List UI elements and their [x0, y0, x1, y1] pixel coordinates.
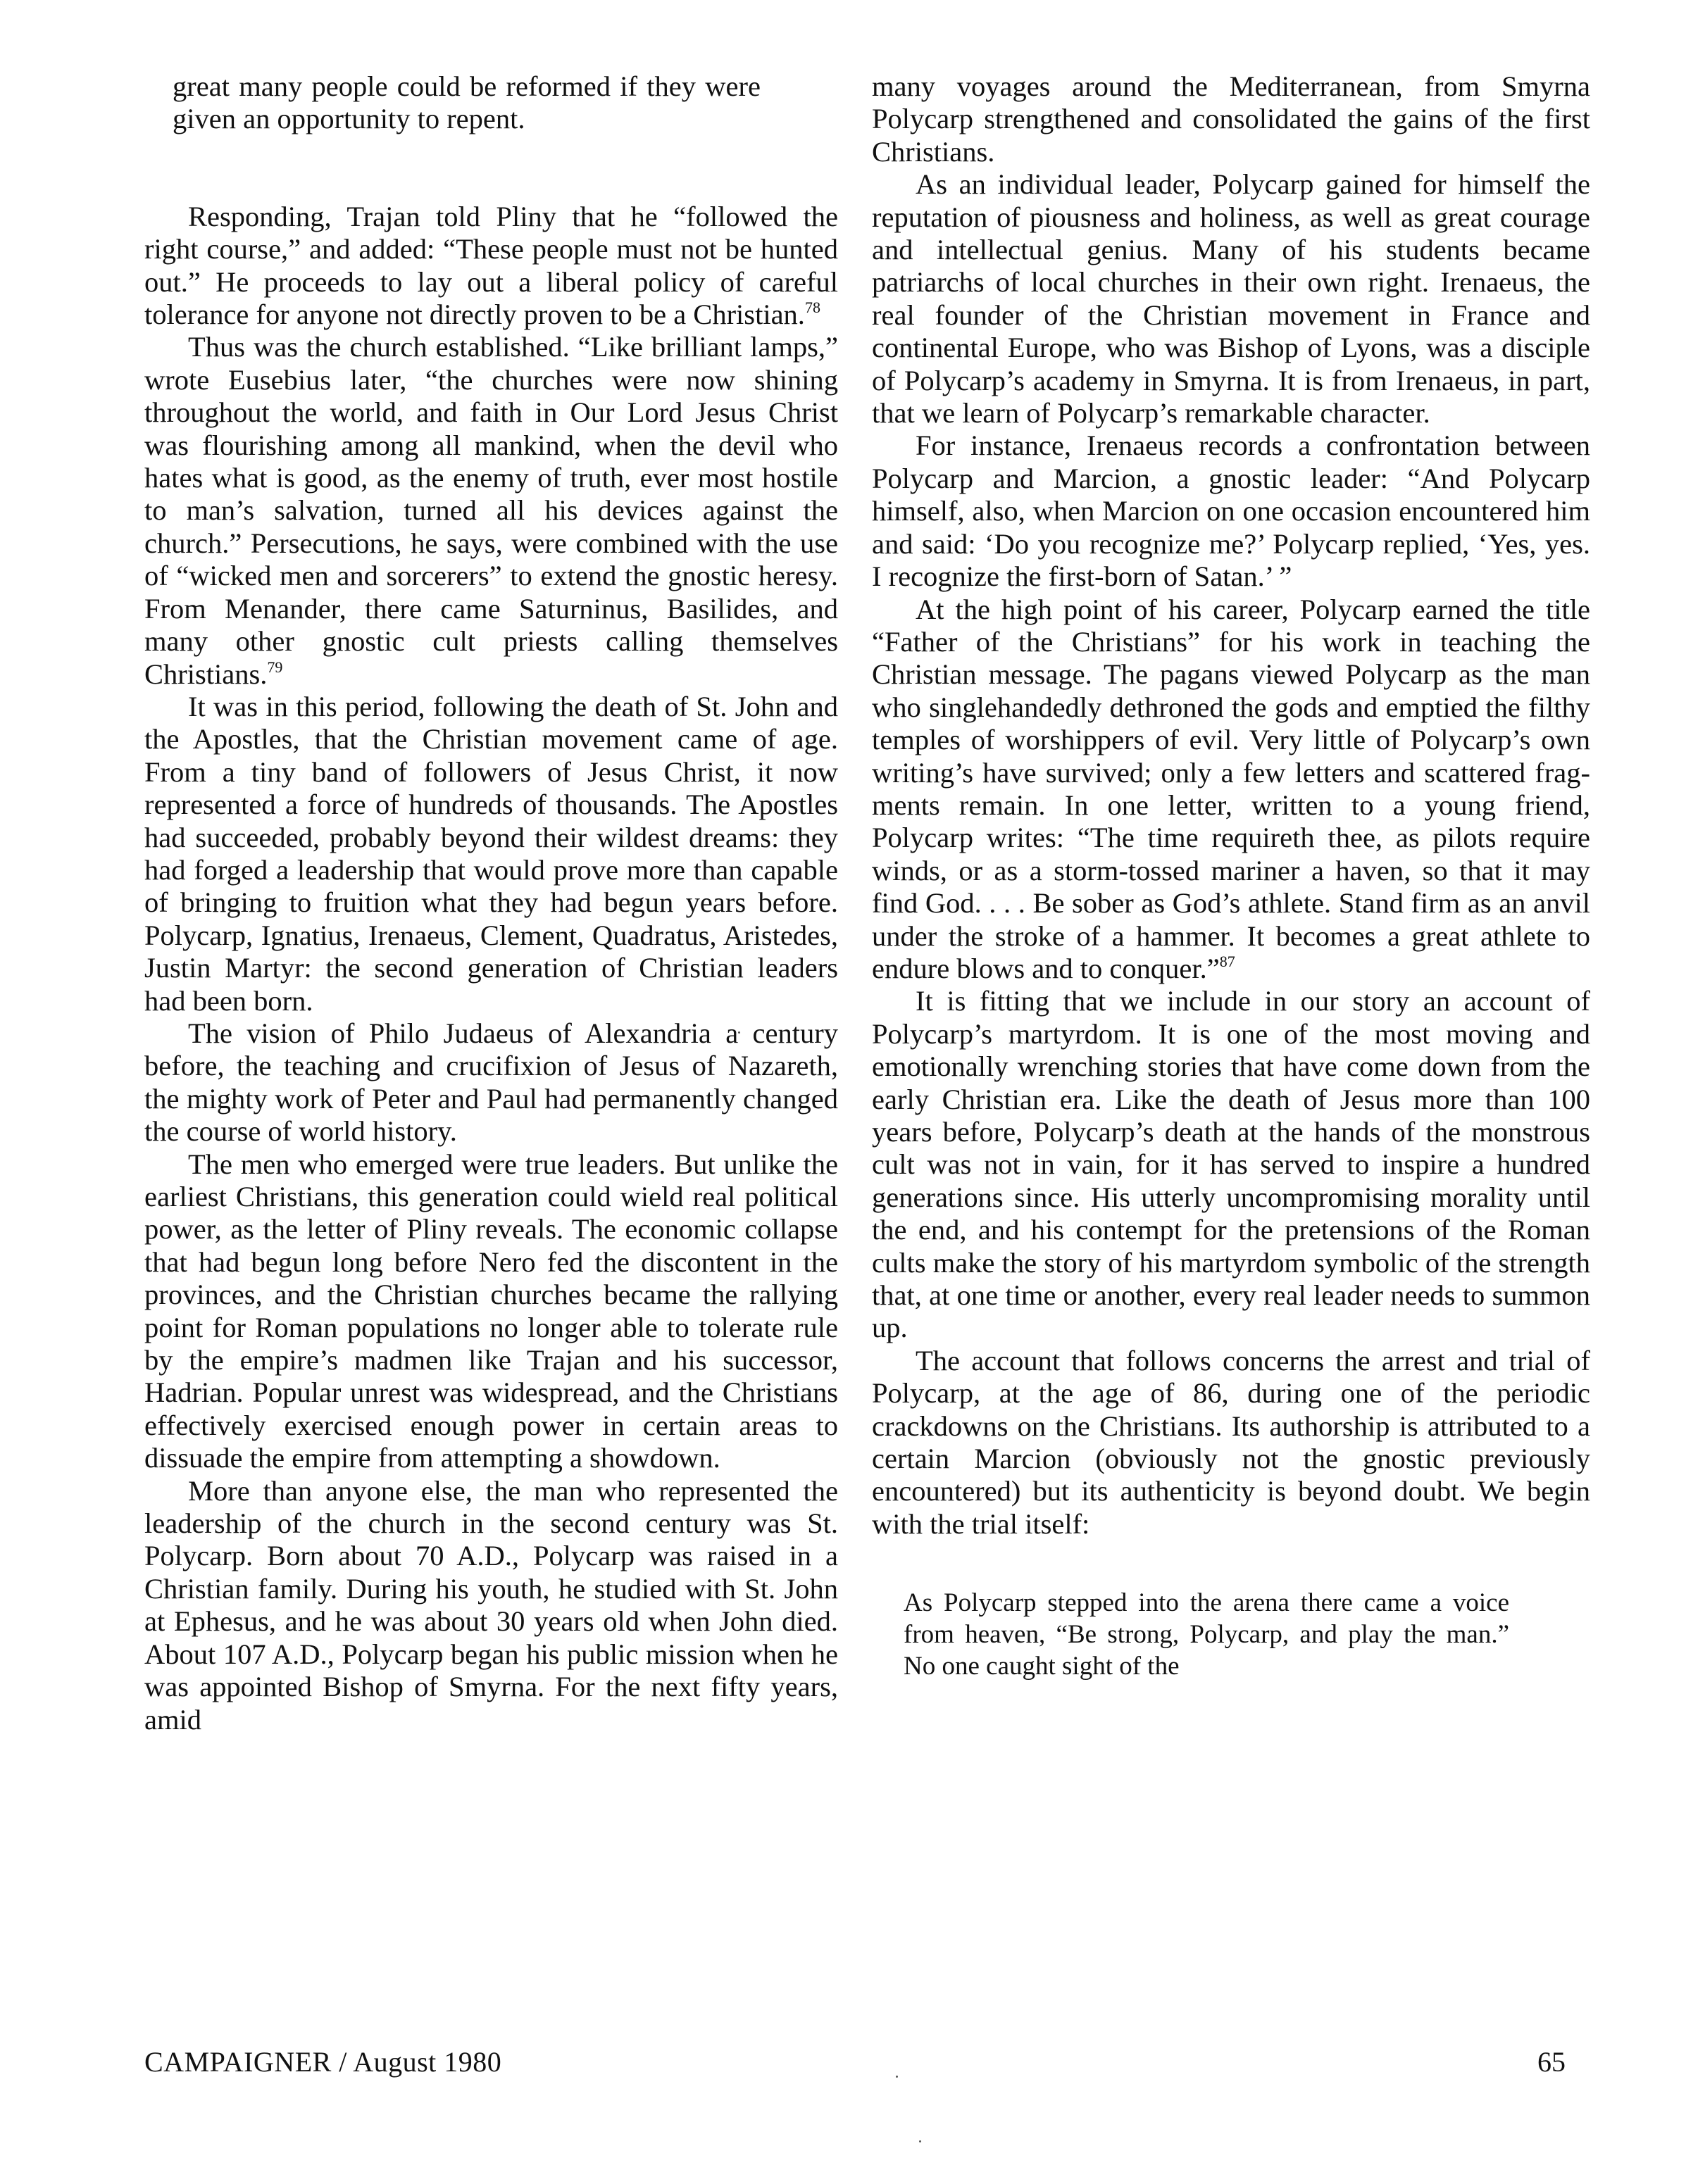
- publication-footer: CAMPAIGNER / August 1980: [144, 2045, 501, 2078]
- scan-speck: [896, 2076, 898, 2078]
- paragraph-continuation: many voyages around the Mediterranean, f…: [872, 70, 1590, 168]
- spacer: [872, 1540, 1590, 1587]
- block-quote-arena: As Polycarp stepped into the arena there…: [872, 1587, 1590, 1682]
- paragraph-trajan-response: Responding, Trajan told Pliny that he “f…: [144, 201, 838, 332]
- opening-quote-continuation: great many people could be reformed if t…: [144, 70, 838, 136]
- spacer: [144, 136, 838, 201]
- scan-speck: [1147, 76, 1149, 78]
- footnote-ref: 87: [1220, 953, 1235, 970]
- paragraph-church-established: Thus was the church established. “Like b…: [144, 331, 838, 690]
- paragraph-true-leaders: The men who emerged were true leaders. B…: [144, 1148, 838, 1475]
- paragraph-high-point: At the high point of his career, Polycar…: [872, 594, 1590, 986]
- page-number: 65: [1537, 2045, 1566, 2078]
- footnote-ref: 78: [805, 299, 820, 316]
- scan-speck: [738, 1031, 740, 1034]
- footnote-ref: 79: [267, 658, 282, 676]
- paragraph-individual-leader: As an individual leader, Polycarp gained…: [872, 168, 1590, 429]
- left-column: great many people could be reformed if t…: [144, 70, 838, 1736]
- paragraph-period: It was in this period, following the dea…: [144, 691, 838, 1017]
- paragraph-martyrdom: It is fitting that we include in our sto…: [872, 985, 1590, 1344]
- paragraph-polycarp-intro: More than anyone else, the man who repre…: [144, 1475, 838, 1736]
- paragraph-marcion-confrontation: For instance, Irenaeus records a confron…: [872, 429, 1590, 593]
- scan-speck: [919, 2140, 921, 2142]
- paragraph-philo-vision: The vision of Philo Judaeus of Alexandri…: [144, 1017, 838, 1148]
- right-column: many voyages around the Mediterranean, f…: [872, 70, 1590, 1682]
- paragraph-account-follows: The account that follows concerns the ar…: [872, 1345, 1590, 1540]
